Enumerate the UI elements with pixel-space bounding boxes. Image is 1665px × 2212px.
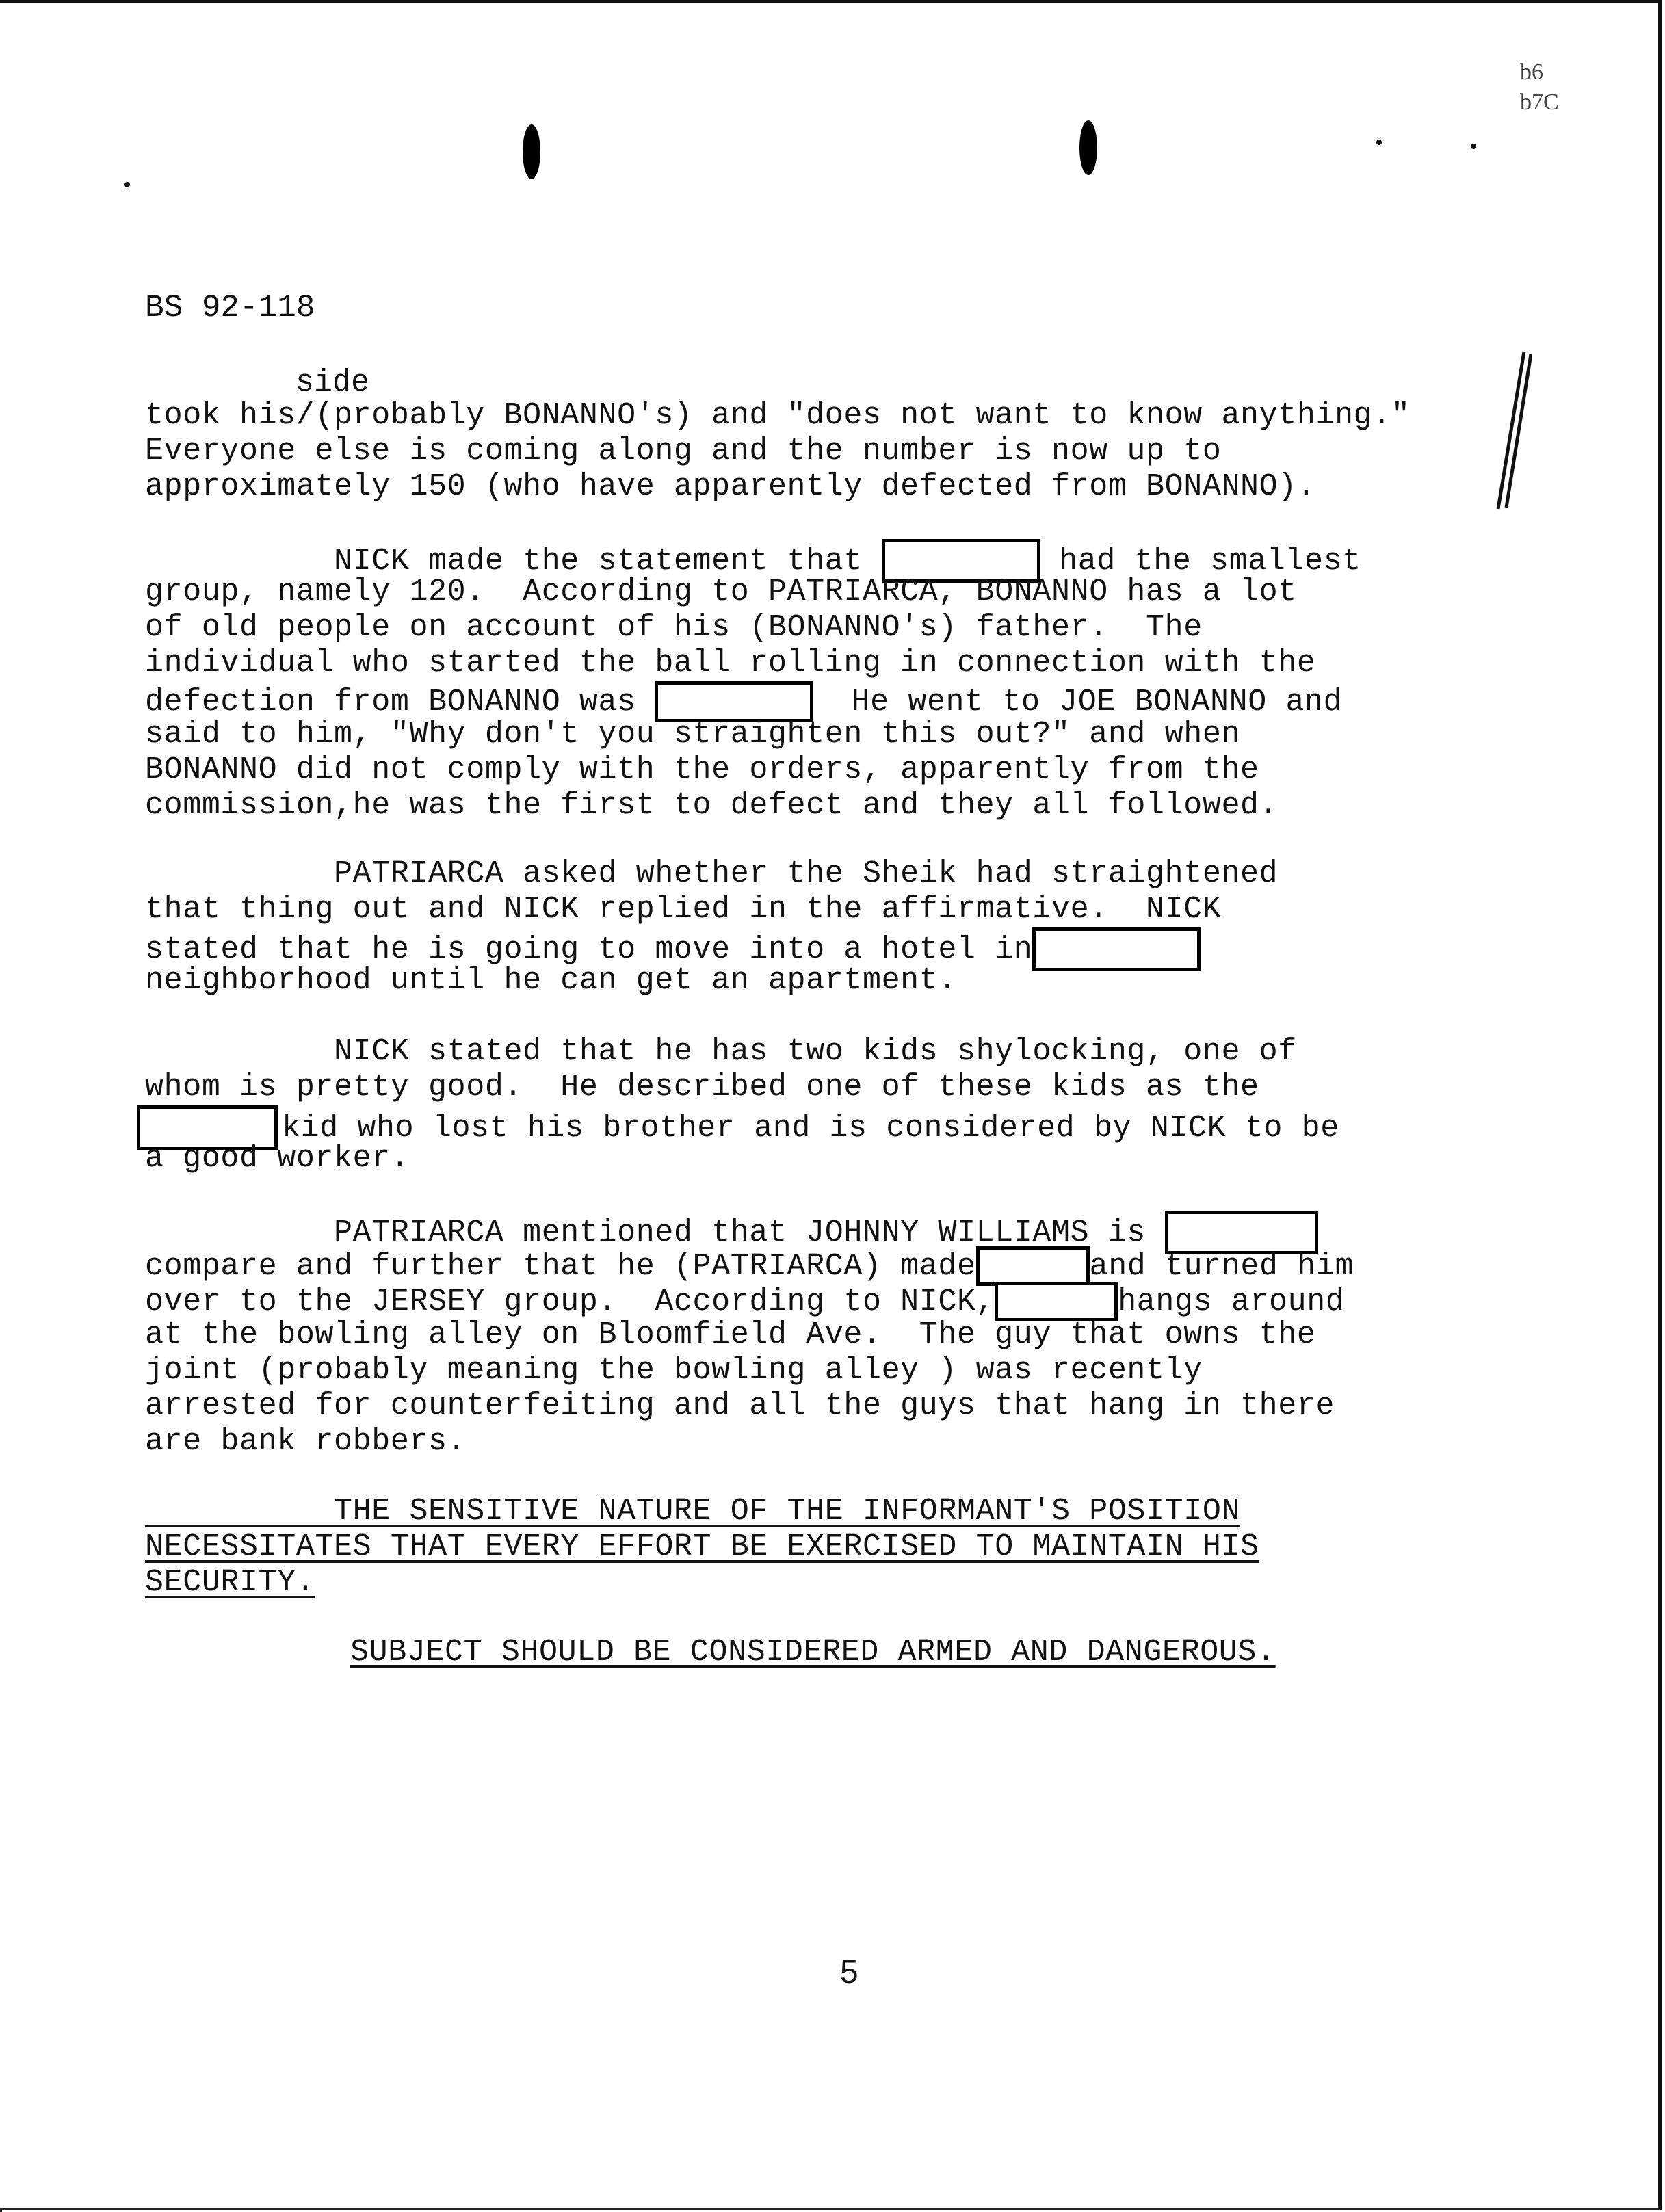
paragraph-2-line-8: commission,he was the first to defect an… xyxy=(145,788,1278,824)
paragraph-3-line-4: neighborhood until he can get an apartme… xyxy=(145,963,957,999)
scan-speck xyxy=(124,182,130,187)
paragraph-4-line-2: whom is pretty good. He described one of… xyxy=(145,1070,1259,1105)
punch-hole-right xyxy=(1079,120,1097,175)
security-warning-line-3: SECURITY. xyxy=(145,1565,315,1601)
file-number: BS 92-118 xyxy=(145,290,315,326)
margin-double-line-mark xyxy=(1491,345,1532,516)
paragraph-1-line-3: approximately 150 (who have apparently d… xyxy=(145,469,1315,505)
armed-dangerous-warning: SUBJECT SHOULD BE CONSIDERED ARMED AND D… xyxy=(350,1635,1276,1670)
paragraph-2-line-4: individual who started the ball rolling … xyxy=(145,646,1315,681)
paragraph-4-line-4: a good worker. xyxy=(145,1141,409,1176)
paragraph-4-line-1: NICK stated that he has two kids shylock… xyxy=(145,1034,1297,1070)
paragraph-1-line-2: Everyone else is coming along and the nu… xyxy=(145,434,1221,469)
paragraph-1-line-1: took his/(probably BONANNO's) and "does … xyxy=(145,398,1411,434)
paragraph-5-line-5: joint (probably meaning the bowling alle… xyxy=(145,1353,1203,1388)
paragraph-2-line-3: of old people on account of his (BONANNO… xyxy=(145,610,1203,646)
redaction-box xyxy=(976,1246,1090,1286)
paragraph-5-line-3: over to the JERSEY group. According to N… xyxy=(145,1282,1344,1321)
exemption-code: b6 xyxy=(1520,57,1559,88)
paragraph-5-line-2: compare and further that he (PATRIARCA) … xyxy=(145,1246,1354,1286)
paragraph-2-line-6: said to him, "Why don't you straighten t… xyxy=(145,717,1240,752)
paragraph-3-line-2: that thing out and NICK replied in the a… xyxy=(145,892,1221,927)
paragraph-3-line-1: PATRIARCA asked whether the Sheik had st… xyxy=(145,856,1278,892)
scan-speck xyxy=(1471,144,1476,149)
paragraph-5-line-6: arrested for counterfeiting and all the … xyxy=(145,1388,1335,1424)
security-warning-line-1: THE SENSITIVE NATURE OF THE INFORMANT'S … xyxy=(145,1494,1240,1529)
scan-speck xyxy=(1376,140,1382,145)
security-warning-line-2: NECESSITATES THAT EVERY EFFORT BE EXERCI… xyxy=(145,1529,1259,1565)
document-page: b6 b7C BS 92-118 side took his/(probably… xyxy=(0,0,1662,2210)
punch-hole-left xyxy=(523,124,540,179)
paragraph-5-line-7: are bank robbers. xyxy=(145,1424,466,1460)
paragraph-2-line-7: BONANNO did not comply with the orders, … xyxy=(145,752,1259,788)
interlinear-insert: side xyxy=(296,365,369,400)
page-number: 5 xyxy=(840,1953,858,1991)
redaction-box xyxy=(1032,927,1201,971)
redaction-box xyxy=(995,1282,1118,1321)
paragraph-5-line-4: at the bowling alley on Bloomfield Ave. … xyxy=(145,1317,1315,1353)
paragraph-2-line-2: group, namely 120. According to PATRIARC… xyxy=(145,575,1297,610)
paragraph-2-line-5: defection from BONANNO was He went to JO… xyxy=(145,681,1342,722)
foia-exemption-codes: b6 b7C xyxy=(1520,57,1559,118)
redaction-box xyxy=(655,681,813,722)
exemption-code: b7C xyxy=(1520,88,1559,118)
